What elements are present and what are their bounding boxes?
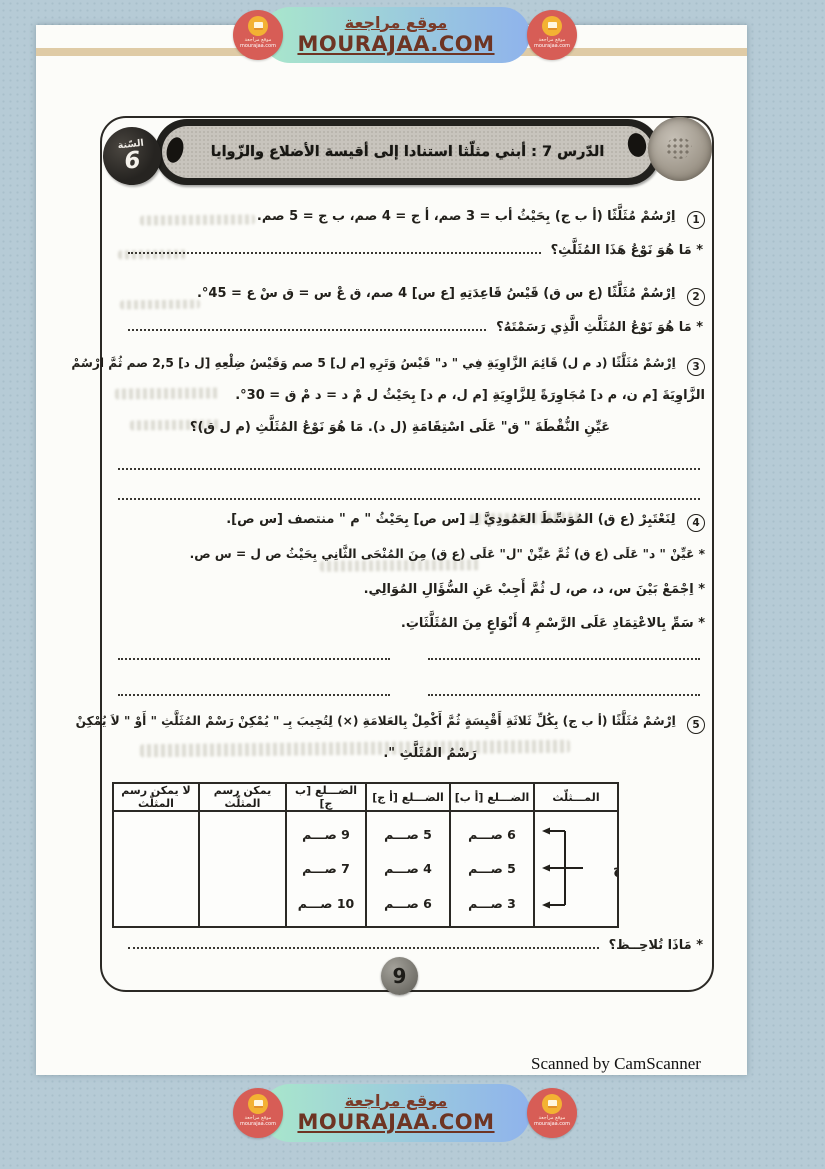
side-aj-row1: 5 صـــم <box>367 827 449 842</box>
triangle-bracket-diagram: أ ب ج <box>537 812 617 922</box>
side-ab-row1: 6 صـــم <box>451 827 533 842</box>
exercise-1-text: اِرْسُمْ مُثَلَّثًا (أ ب ج) بِحَيْثُ أب … <box>257 209 676 224</box>
site-domain-link[interactable]: MOURAJAA.COM <box>297 32 494 56</box>
answer-dotted-row <box>118 694 700 696</box>
bottom-banner: موقع مراجعة MOURAJAA.COM <box>262 1084 530 1142</box>
side-aj-row2: 4 صـــم <box>367 861 449 876</box>
side-aj-values-cell: 5 صـــم 4 صـــم 6 صـــم <box>366 811 450 927</box>
lesson-title: الدّرس 7 : أبني مثلّثا استنادا إلى أقيسة… <box>211 144 605 160</box>
side-bj-row3: 10 صـــم <box>287 896 365 911</box>
exercise-4-bullet-1-text: * عَيِّنْ " د" عَلَى (ع ق) ثُمَّ عَيِّنْ… <box>190 547 705 561</box>
exercise-4-statement: 4 لِنَعْتَبِرْ (ع ق) المُوَسِّطَ العَمُو… <box>226 512 705 532</box>
observation-question-text: * مَاذَا تُلاحِــظ؟ <box>609 938 703 953</box>
exercise-4-intro: لِنَعْتَبِرْ (ع ق) المُوَسِّطَ العَمُودِ… <box>226 512 675 527</box>
answer-dotted-row <box>118 658 700 660</box>
column-header-side-bj: الضـــلع [ب ج] <box>286 783 366 811</box>
exercise-1-statement: 1 اِرْسُمْ مُثَلَّثًا (أ ب ج) بِحَيْثُ أ… <box>257 209 705 229</box>
exercise-3-text-line3: عَيِّنِ النُّقْطَةَ " ق" عَلَى اسْتِقَام… <box>190 420 610 435</box>
book-icon <box>248 1094 268 1114</box>
table-body-row: أ ب ج 6 صـــم 5 صـــم <box>113 811 618 927</box>
site-domain-link[interactable]: MOURAJAA.COM <box>297 1110 494 1134</box>
table-header-row: المـــثلّث الضـــلع [أ ب] الضـــلع [أ ج]… <box>113 783 618 811</box>
exercise-5-line2: رَسْمُ المُثَلَّثِ ". <box>383 746 477 761</box>
ornament-pattern <box>666 137 692 159</box>
bleed-through-artifact <box>120 300 200 310</box>
exercise-3-line3: عَيِّنِ النُّقْطَةَ " ق" عَلَى اسْتِقَام… <box>190 420 610 435</box>
exercise-3-statement: 3 اِرْسُمْ مُثَلَّثًا (د م ل) قَائِمَ ال… <box>71 356 705 376</box>
exercise-2-number: 2 <box>687 288 705 306</box>
exercise-2-question: * مَا هُوَ نَوْعُ المُثَلَّثِ الَّذِي رَ… <box>118 320 703 335</box>
bleed-through-artifact <box>320 559 480 572</box>
exercise-2-statement: 2 اِرْسُمْ مُثَلَّثًا (ع س ق) قَيْسُ قَا… <box>197 286 705 306</box>
cannot-draw-answer-cell <box>113 811 199 927</box>
column-header-can-draw: يمكن رسم المثلّث <box>199 783 286 811</box>
exercise-4-bullet-3-text: * سَمِّ بِالاعْتِمَادِ عَلَى الرَّسْمِ 4… <box>401 616 705 631</box>
logo-caption-domain: mourajaa.com <box>534 1122 570 1128</box>
exercise-5-statement: 5 اِرْسُمْ مُثَلَّثًا (أ ب ج) بِكُلِّ ثَ… <box>76 714 705 734</box>
top-banner: موقع مراجعة MOURAJAA.COM <box>262 7 530 63</box>
exercise-4-number: 4 <box>687 514 705 532</box>
column-header-cannot-draw: لا يمكن رسم المثلّث <box>113 783 199 811</box>
answer-dotted-line <box>128 947 599 949</box>
exercise-1-question: * مَا هُوَ نَوْعُ هَذَا المُثَلَّثِ؟ <box>118 243 703 258</box>
exercise-4-bullet-3: * سَمِّ بِالاعْتِمَادِ عَلَى الرَّسْمِ 4… <box>401 616 705 631</box>
can-draw-answer-cell <box>199 811 286 927</box>
triangle-name-label: أ ب ج <box>613 859 617 878</box>
answer-dotted-line <box>128 252 541 254</box>
book-icon <box>542 1094 562 1114</box>
observation-question: * مَاذَا تُلاحِــظ؟ <box>118 938 703 953</box>
exercise-4-bullet-1: * عَيِّنْ " د" عَلَى (ع ق) ثُمَّ عَيِّنْ… <box>190 547 705 561</box>
exercise-5-text-line2: رَسْمُ المُثَلَّثِ ". <box>383 746 477 761</box>
exercise-1-number: 1 <box>687 211 705 229</box>
side-bj-values-cell: 9 صـــم 7 صـــم 10 صـــم <box>286 811 366 927</box>
site-logo: موقع مراجعة mourajaa.com <box>233 10 283 60</box>
scan-credit: Scanned by CamScanner <box>531 1054 701 1074</box>
side-bj-row2: 7 صـــم <box>287 861 365 876</box>
book-icon <box>542 16 562 36</box>
site-name-link[interactable]: موقع مراجعة <box>345 14 448 32</box>
exercise-5-text-line1: اِرْسُمْ مُثَلَّثًا (أ ب ج) بِكُلِّ ثَلا… <box>76 714 676 728</box>
side-ab-row2: 5 صـــم <box>451 861 533 876</box>
logo-caption-domain: mourajaa.com <box>240 44 276 50</box>
bleed-through-artifact <box>115 387 220 399</box>
answer-dotted-line <box>118 468 700 470</box>
side-aj-row3: 6 صـــم <box>367 896 449 911</box>
page-number: 9 <box>393 964 407 988</box>
ornament-stamp <box>648 117 712 181</box>
column-header-side-ab: الضـــلع [أ ب] <box>450 783 534 811</box>
triangle-measures-table: المـــثلّث الضـــلع [أ ب] الضـــلع [أ ج]… <box>112 782 619 928</box>
logo-caption-domain: mourajaa.com <box>534 44 570 50</box>
exercise-3-line2: الزَّاوِيَةَ [م ن، م د] مُجَاوِرَةً لِلز… <box>235 388 705 403</box>
site-logo: موقع مراجعة mourajaa.com <box>527 1088 577 1138</box>
lesson-header-plate: الدّرس 7 : أبني مثلّثا استنادا إلى أقيسة… <box>162 126 653 178</box>
exercise-5-number: 5 <box>687 716 705 734</box>
exercise-1-question-text: * مَا هُوَ نَوْعُ هَذَا المُثَلَّثِ؟ <box>551 243 703 258</box>
site-name-link[interactable]: موقع مراجعة <box>345 1092 448 1110</box>
page-background: موقع مراجعة MOURAJAA.COM موقع مراجعة mou… <box>0 0 825 1169</box>
logo-caption-domain: mourajaa.com <box>240 1122 276 1128</box>
exercise-4-bullet-2-text: * اِجْمَعْ بَيْنَ س، د، ص، ل ثُمَّ أَجِب… <box>364 582 705 597</box>
bleed-through-artifact <box>140 214 255 225</box>
side-ab-values-cell: 6 صـــم 5 صـــم 3 صـــم <box>450 811 534 927</box>
triangle-cell: أ ب ج <box>534 811 618 927</box>
exercise-3-text-line2: الزَّاوِيَةَ [م ن، م د] مُجَاوِرَةً لِلز… <box>235 388 705 403</box>
column-header-side-aj: الضـــلع [أ ج] <box>366 783 450 811</box>
year-number: 6 <box>123 149 141 174</box>
exercise-2-question-text: * مَا هُوَ نَوْعُ المُثَلَّثِ الَّذِي رَ… <box>496 320 703 335</box>
exercise-2-text: اِرْسُمْ مُثَلَّثًا (ع س ق) قَيْسُ قَاعِ… <box>197 286 676 301</box>
lesson-header-bar: الدّرس 7 : أبني مثلّثا استنادا إلى أقيسة… <box>155 119 660 185</box>
exercise-3-text-line1: اِرْسُمْ مُثَلَّثًا (د م ل) قَائِمَ الزَ… <box>71 356 675 370</box>
answer-dotted-line <box>128 329 486 331</box>
site-logo: موقع مراجعة mourajaa.com <box>527 10 577 60</box>
site-logo: موقع مراجعة mourajaa.com <box>233 1088 283 1138</box>
book-icon <box>248 16 268 36</box>
exercise-4-bullet-2: * اِجْمَعْ بَيْنَ س، د، ص، ل ثُمَّ أَجِب… <box>364 582 705 597</box>
side-ab-row3: 3 صـــم <box>451 896 533 911</box>
page-number-badge: 9 <box>381 957 418 995</box>
answer-dotted-line <box>118 498 700 500</box>
exercise-3-number: 3 <box>687 358 705 376</box>
column-header-triangle: المـــثلّث <box>534 783 618 811</box>
side-bj-row1: 9 صـــم <box>287 827 365 842</box>
